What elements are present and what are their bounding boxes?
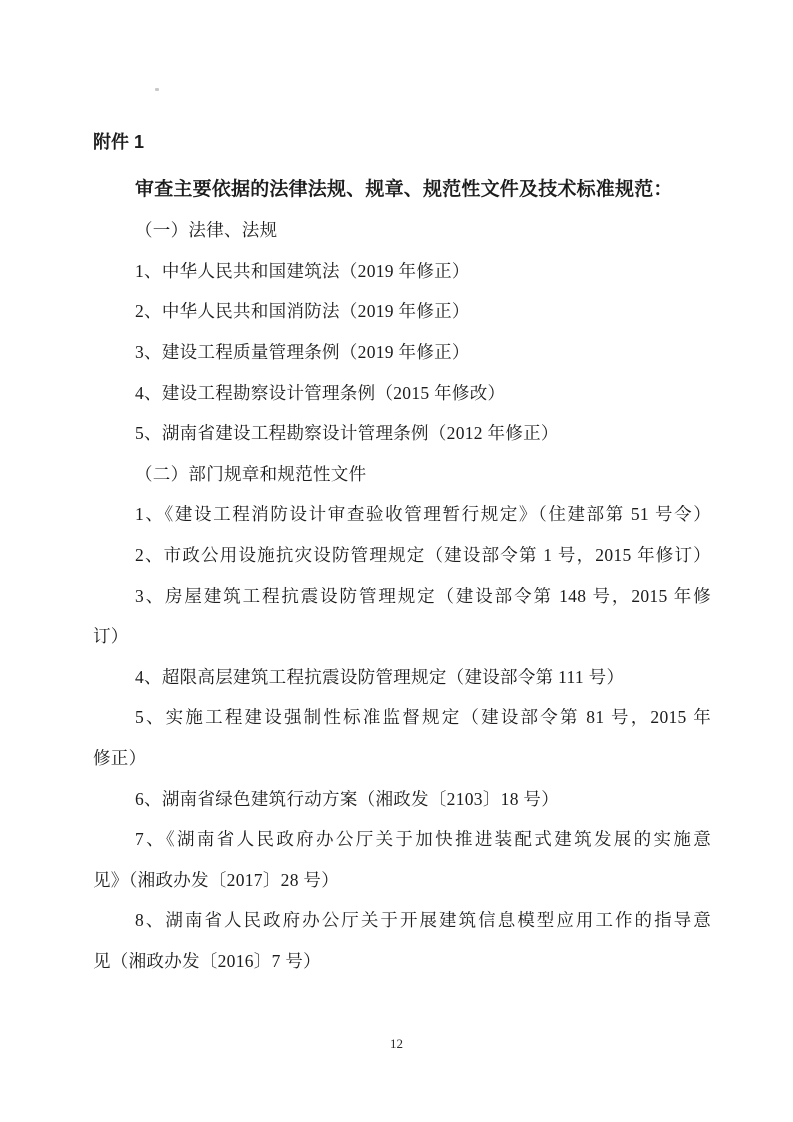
document-line: 见》（湘政办发〔2017〕28 号） [93,860,711,901]
document-line: 2、中华人民共和国消防法（2019 年修正） [93,291,711,332]
document-line: 5、湖南省建设工程勘察设计管理条例（2012 年修正） [93,413,711,454]
document-line: 7、《湖南省人民政府办公厅关于加快推进装配式建筑发展的实施意 [93,819,711,860]
document-line: 修正） [93,738,711,779]
document-line: 4、超限高层建筑工程抗震设防管理规定（建设部令第 111 号） [93,657,711,698]
document-line: 3、建设工程质量管理条例（2019 年修正） [93,332,711,373]
section-heading-laws: （一）法律、法规 [93,210,711,251]
attachment-label: 附件 1 [93,122,711,163]
document-line: 1、《建设工程消防设计审查验收管理暂行规定》（住建部第 51 号令） [93,494,711,535]
document-line: 见（湘政办发〔2016〕7 号） [93,941,711,982]
document-line: 2、市政公用设施抗灾设防管理规定（建设部令第 1 号，2015 年修订） [93,535,711,576]
scan-speck [155,88,159,91]
document-content: 附件 1 审查主要依据的法律法规、规章、规范性文件及技术标准规范： （一）法律、… [93,122,711,981]
document-line: 8、湖南省人民政府办公厅关于开展建筑信息模型应用工作的指导意 [93,900,711,941]
page-number: 12 [0,1036,793,1052]
document-line: 6、湖南省绿色建筑行动方案（湘政发〔2103〕18 号） [93,779,711,820]
document-page: 附件 1 审查主要依据的法律法规、规章、规范性文件及技术标准规范： （一）法律、… [0,0,793,1122]
document-line: 4、建设工程勘察设计管理条例（2015 年修改） [93,373,711,414]
document-heading: 审查主要依据的法律法规、规章、规范性文件及技术标准规范： [93,170,711,211]
document-line: 订） [93,616,711,657]
document-line: 5、实施工程建设强制性标准监督规定（建设部令第 81 号，2015 年 [93,697,711,738]
section-heading-regulations: （二）部门规章和规范性文件 [93,454,711,495]
document-line: 1、中华人民共和国建筑法（2019 年修正） [93,251,711,292]
document-line: 3、房屋建筑工程抗震设防管理规定（建设部令第 148 号，2015 年修 [93,576,711,617]
